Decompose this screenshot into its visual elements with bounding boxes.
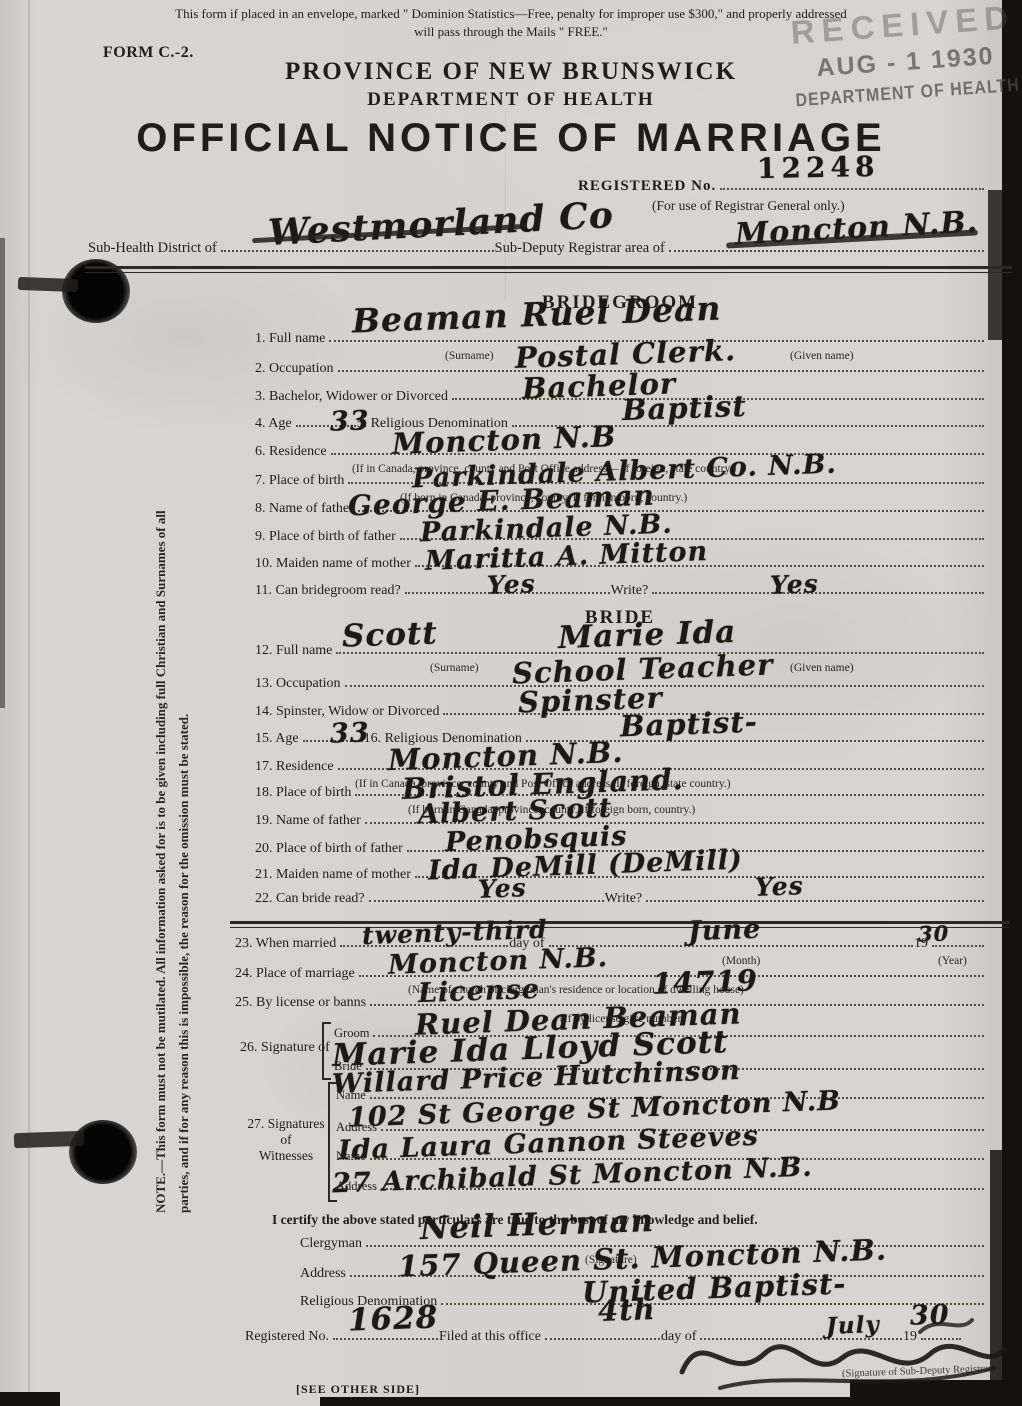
registrar-only-note: (For use of Registrar General only.) — [652, 198, 845, 214]
vertical-crease — [28, 0, 30, 1406]
groom-write-value: Yes — [770, 571, 819, 598]
province-heading: PROVINCE OF NEW BRUNSWICK — [0, 58, 1022, 86]
groom-full-name-label: 1. Full name — [255, 331, 328, 347]
marriage-notice-document: RECEIVED AUG - 1 1930 DEPARTMENT OF HEAL… — [0, 0, 1022, 1406]
clergyman-address-label: Address — [300, 1266, 349, 1282]
bride-father-birthplace-label: 20. Place of birth of father — [255, 841, 406, 857]
scan-edge-blob-1 — [988, 190, 1004, 340]
bride-write-value: Yes — [755, 873, 804, 900]
footer-registered-label: Registered No. — [245, 1329, 332, 1345]
punch-hole-streak-bottom — [14, 1131, 84, 1148]
bride-full-name-label: 12. Full name — [255, 643, 335, 659]
bride-age-label: 15. Age — [255, 731, 302, 747]
license-value: License — [418, 976, 541, 1007]
department-heading: DEPARTMENT OF HEALTH — [0, 89, 1022, 111]
bride-mother-label: 21. Maiden name of mother — [255, 867, 414, 883]
field-row-11: 11. Can bridegroom read? Write? — [255, 583, 985, 599]
scan-edge-left — [0, 238, 5, 708]
section-rule — [85, 266, 1012, 273]
year-value: 30 — [918, 922, 950, 944]
sub-deputy-area-label: Sub-Deputy Registrar area of — [495, 240, 668, 257]
punch-hole-streak-top — [18, 277, 78, 292]
groom-write-label: Write? — [611, 583, 652, 599]
dotted-line — [646, 897, 984, 902]
bride-age-value: 33 — [330, 719, 370, 747]
bride-read-value: Yes — [478, 875, 527, 902]
bride-given-caption: (Given name) — [790, 662, 854, 674]
filed-label: Filed at this office — [439, 1329, 544, 1345]
when-married-value: twenty-third — [362, 917, 548, 948]
groom-residence-label: 6. Residence — [255, 444, 330, 460]
bride-father-label: 19. Name of father — [255, 813, 364, 829]
dotted-line — [669, 247, 984, 252]
bride-read-label: 22. Can bride read? — [255, 891, 368, 907]
field-row-23: 23. When married day of 19 — [235, 936, 985, 952]
punch-hole-bottom — [69, 1120, 137, 1184]
scan-corner-bottom-left — [0, 1392, 60, 1406]
bride-surname-value: Scott — [341, 618, 438, 652]
groom-father-label: 8. Name of father — [255, 501, 357, 517]
bride-surname-caption: (Surname) — [430, 662, 479, 674]
bride-residence-label: 17. Residence — [255, 759, 337, 775]
sub-health-district-label: Sub-Health District of — [88, 240, 220, 257]
signature-bracket — [322, 1022, 331, 1080]
groom-status-label: 3. Bachelor, Widower or Divorced — [255, 389, 451, 405]
witnesses-label: 27. Signatures of Witnesses — [238, 1116, 334, 1164]
field-row-22: 22. Can bride read? Write? — [255, 891, 985, 907]
bride-birthplace-label: 18. Place of birth — [255, 785, 354, 801]
groom-occupation-label: 2. Occupation — [255, 361, 337, 377]
signature-of-label: 26. Signature of — [240, 1040, 330, 1056]
month-value: June — [688, 916, 762, 946]
sub-deputy-registrar-signature — [672, 1310, 1012, 1398]
margin-note-line-2: parties, and if for any reason this is i… — [173, 413, 196, 1213]
bride-religion-value: Baptist- — [620, 708, 759, 742]
registered-no-value: 12248 — [757, 153, 880, 183]
margin-note-line-1: NOTE.—This form must not be mutilated. A… — [150, 413, 173, 1213]
dotted-line — [545, 1335, 660, 1340]
registered-no-label: REGISTERED No. — [578, 178, 719, 195]
bride-given-value: Marie Ida — [558, 617, 737, 654]
when-married-label: 23. When married — [235, 936, 339, 952]
section-rule-2 — [230, 921, 1010, 928]
place-of-marriage-value: Moncton N.B. — [388, 944, 609, 979]
groom-age-label: 4. Age — [255, 416, 295, 432]
mail-note-line-1: This form if placed in an envelope, mark… — [0, 6, 1022, 22]
groom-birthplace-label: 7. Place of birth — [255, 473, 347, 489]
margin-note: NOTE.—This form must not be mutilated. A… — [150, 413, 196, 1213]
mail-note-line-2: will pass through the Mails " FREE." — [0, 24, 1022, 40]
footer-registered-value: 1628 — [347, 1302, 438, 1336]
groom-father-birthplace-label: 9. Place of birth of father — [255, 529, 399, 545]
bride-write-label: Write? — [605, 891, 646, 907]
groom-read-value: Yes — [487, 571, 536, 598]
see-other-side-note: [SEE OTHER SIDE] — [296, 1382, 420, 1397]
groom-religion-value: Baptist — [622, 392, 748, 425]
groom-residence-value: Moncton N.B — [392, 422, 617, 459]
footer-filed-value: 4th — [598, 1295, 657, 1326]
license-number-value: 14719 — [652, 966, 759, 999]
dotted-line — [720, 185, 984, 190]
place-of-marriage-label: 24. Place of marriage — [235, 966, 358, 982]
groom-mother-label: 10. Maiden name of mother — [255, 556, 414, 572]
bride-occupation-label: 13. Occupation — [255, 676, 344, 692]
groom-age-value: 33 — [330, 407, 370, 435]
clergyman-signature-value: Neil Herman — [420, 1206, 655, 1245]
license-or-banns-label: 25. By license or banns — [235, 995, 369, 1011]
clergyman-label: Clergyman — [300, 1236, 365, 1252]
groom-read-label: 11. Can bridegroom read? — [255, 583, 404, 599]
field-row-24: 24. Place of marriage — [235, 966, 985, 982]
scan-edge-right — [1002, 0, 1022, 1406]
